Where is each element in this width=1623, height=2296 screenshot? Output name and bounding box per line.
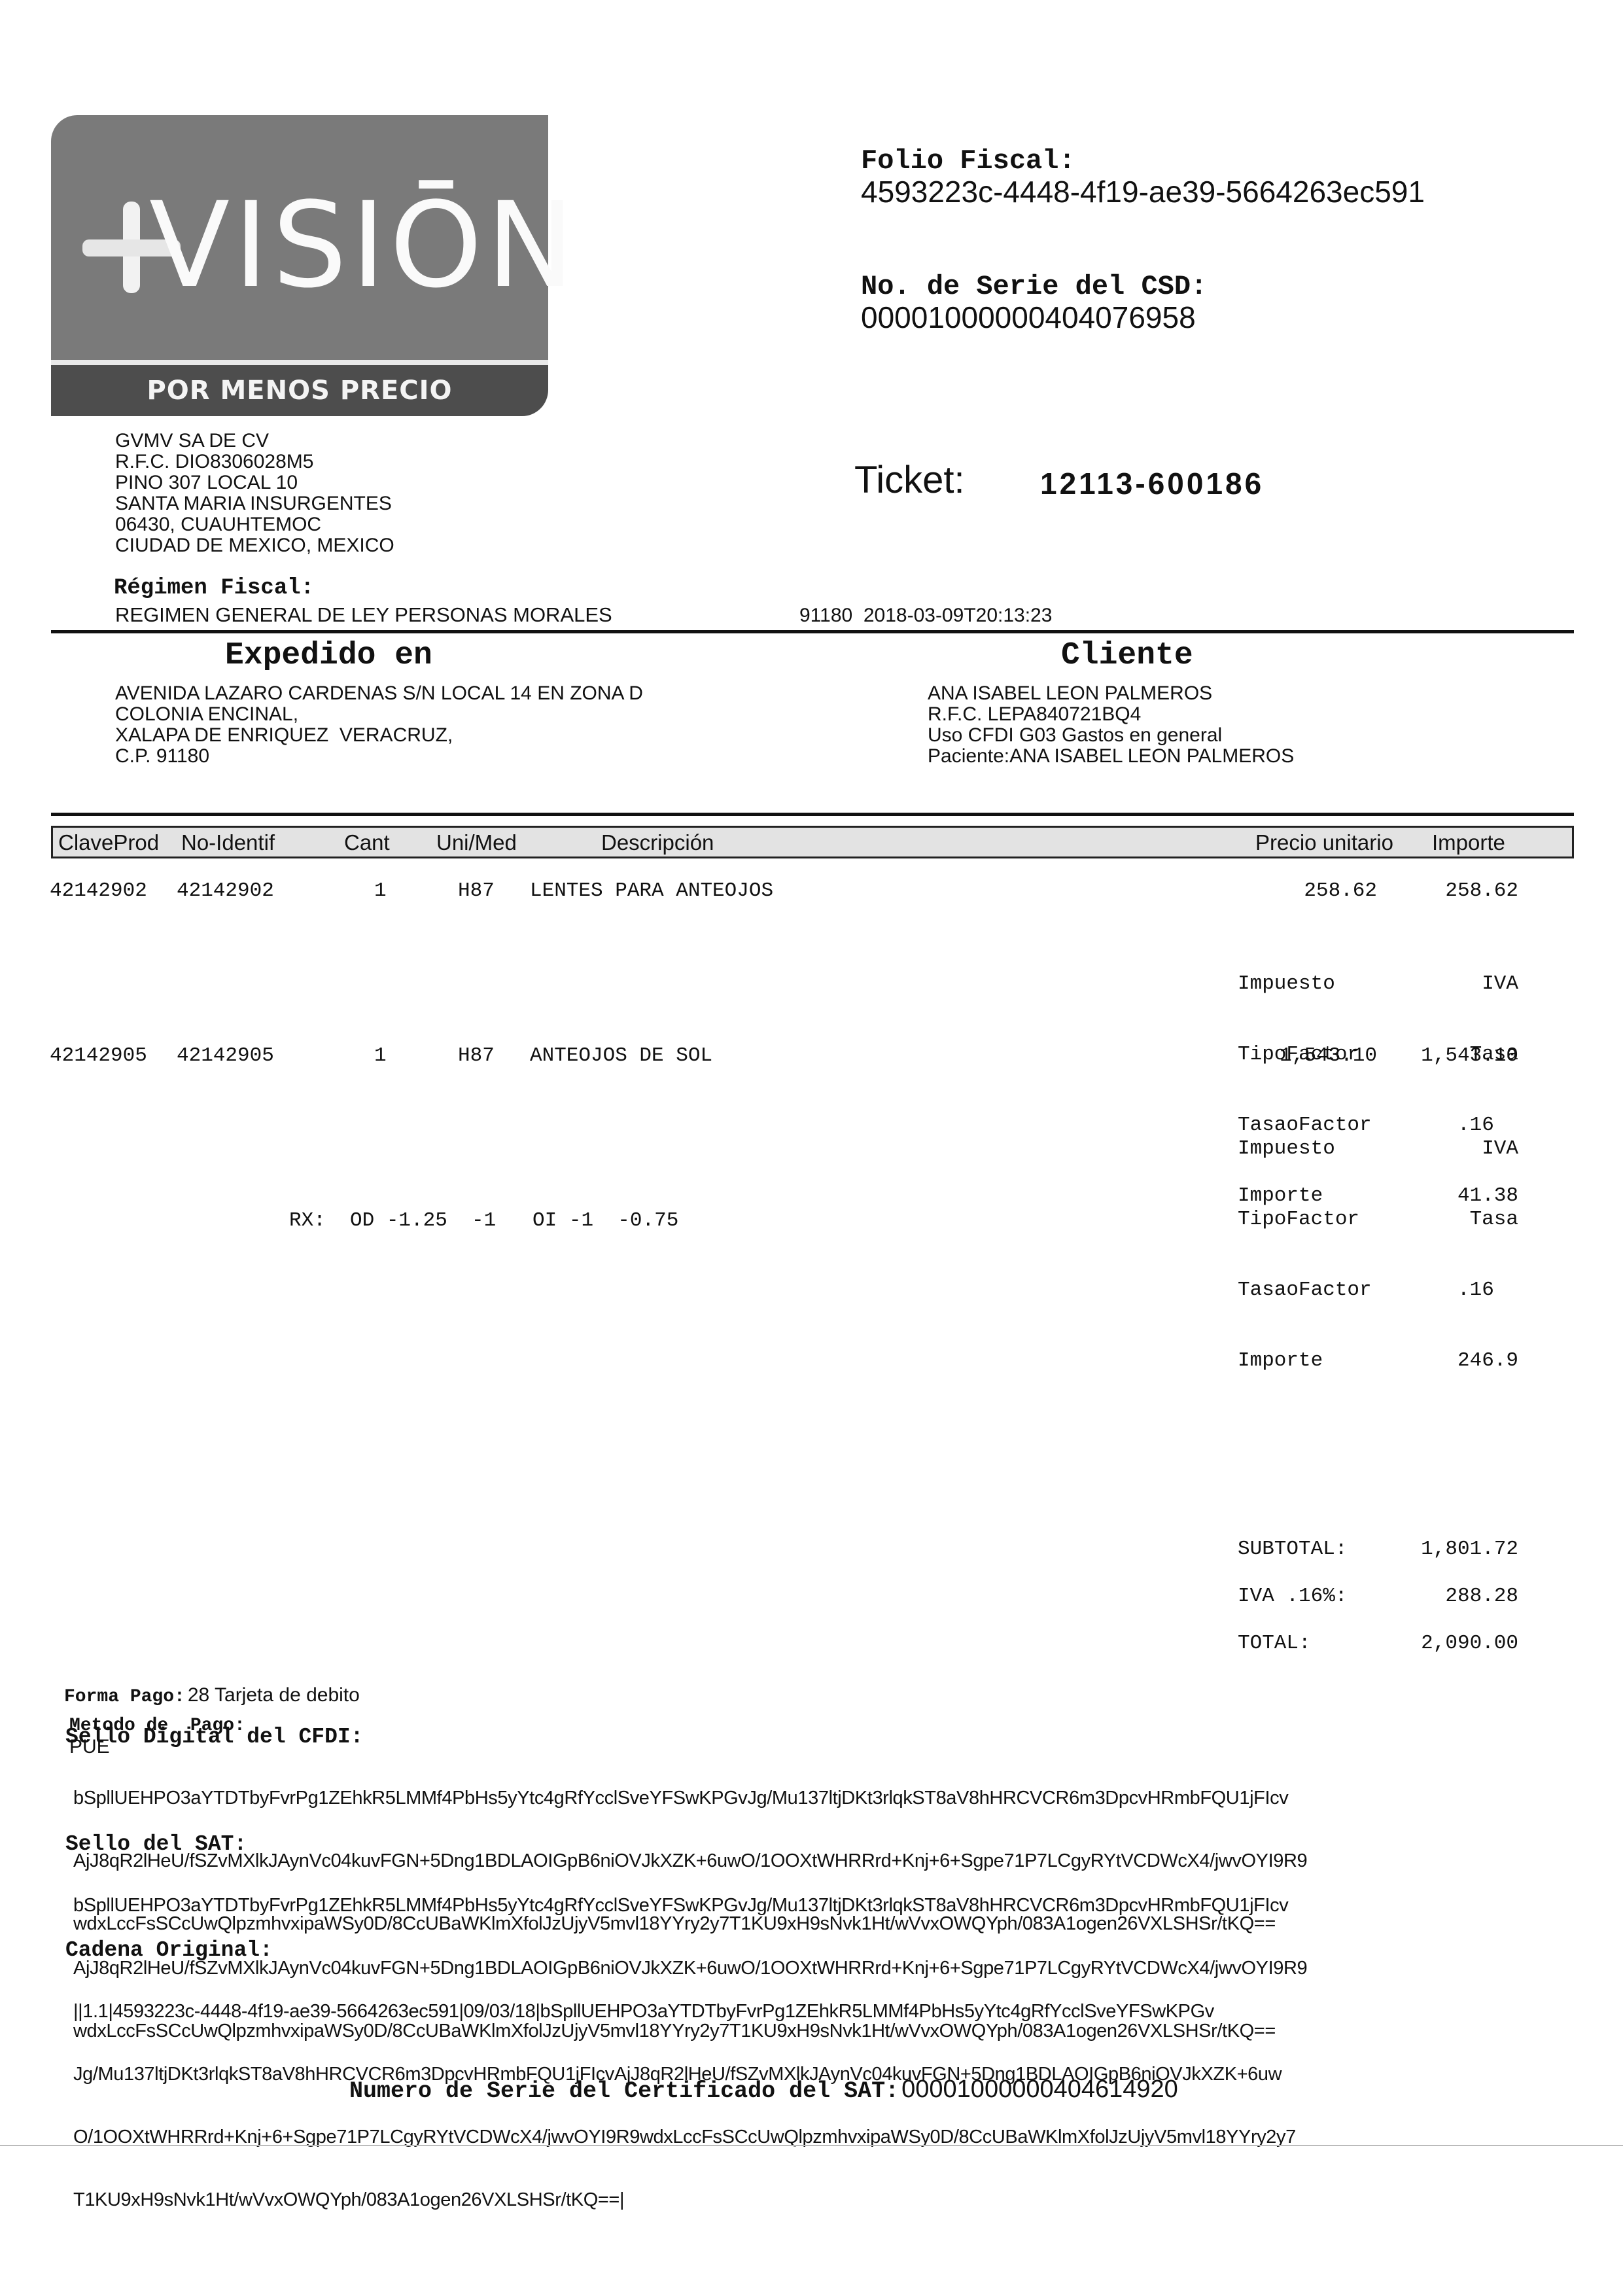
items-table-header: ClaveProd No-Identif Cant Uni/Med Descri… bbox=[51, 826, 1574, 858]
col-precio-unitario: Precio unitario bbox=[1255, 830, 1393, 855]
iva-label: IVA .16%: bbox=[1238, 1585, 1347, 1608]
divider bbox=[51, 813, 1574, 816]
tax-label-tipofactor: TipoFactor bbox=[1238, 1208, 1372, 1231]
row-precio: 1,543.10 bbox=[1280, 1044, 1377, 1067]
issuer-name: GVMV SA DE CV bbox=[115, 431, 394, 451]
sat-certificate-value: 00001000000404614920 bbox=[901, 2075, 1178, 2103]
sello-cfdi-line: bSpllUEHPO3aYTDTbyFvrPg1ZEhkR5LMMf4PbHs5… bbox=[73, 1788, 1307, 1809]
folio-fiscal-label: Folio Fiscal: bbox=[861, 145, 1075, 177]
tax-values: IVA Tasa .16 246.9 bbox=[1457, 1090, 1518, 1420]
row-unidad: H87 bbox=[458, 879, 495, 902]
client-rfc: R.F.C. LEPA840721BQ4 bbox=[928, 704, 1294, 725]
row-ident: 42142905 bbox=[177, 1044, 274, 1067]
col-claveprod: ClaveProd bbox=[58, 830, 159, 855]
logo-slogan-band: POR MENOS PRECIO bbox=[51, 365, 548, 416]
row-cant: 1 bbox=[374, 1044, 387, 1067]
tax-labels: Impuesto TipoFactor TasaoFactor Importe bbox=[1238, 1090, 1372, 1420]
col-descripcion: Descripción bbox=[601, 830, 714, 855]
expedido-line: C.P. 91180 bbox=[115, 746, 643, 767]
sat-certificate-label: Numero de Serie del Certificado del SAT: bbox=[349, 2078, 899, 2104]
tax-label-impuesto: Impuesto bbox=[1238, 972, 1372, 996]
regimen-fiscal-value: REGIMEN GENERAL DE LEY PERSONAS MORALES bbox=[115, 603, 612, 627]
csd-serial-value: 00001000000404076958 bbox=[861, 300, 1196, 335]
ticket-label: Ticket: bbox=[854, 458, 965, 502]
company-logo: VISIŌN POR MENOS PRECIO bbox=[51, 115, 548, 416]
divider bbox=[51, 630, 1574, 633]
issuer-colonia: SANTA MARIA INSURGENTES bbox=[115, 493, 394, 514]
logo-slogan: POR MENOS PRECIO bbox=[147, 376, 452, 406]
row-descripcion: LENTES PARA ANTEOJOS bbox=[530, 879, 773, 902]
tax-importe: 246.9 bbox=[1457, 1349, 1518, 1373]
expedido-line: AVENIDA LAZARO CARDENAS S/N LOCAL 14 EN … bbox=[115, 683, 643, 704]
tax-label-tasa: TasaoFactor bbox=[1238, 1279, 1372, 1302]
row-precio: 258.62 bbox=[1304, 879, 1377, 902]
expedido-line: COLONIA ENCINAL, bbox=[115, 704, 643, 725]
row-ident: 42142902 bbox=[177, 879, 274, 902]
folio-fiscal-value: 4593223c-4448-4f19-ae39-5664263ec591 bbox=[861, 174, 1425, 209]
expedido-title: Expedido en bbox=[225, 638, 432, 673]
tax-tasa: .16 bbox=[1457, 1279, 1518, 1302]
sello-sat-line: bSpllUEHPO3aYTDTbyFvrPg1ZEhkR5LMMf4PbHs5… bbox=[73, 1895, 1307, 1916]
expedido-line: XALAPA DE ENRIQUEZ VERACRUZ, bbox=[115, 725, 643, 746]
tax-tipofactor: Tasa bbox=[1457, 1208, 1518, 1231]
issue-place-and-date: 91180 2018-03-09T20:13:23 bbox=[799, 605, 1052, 627]
csd-serial-label: No. de Serie del CSD: bbox=[861, 271, 1207, 302]
row-descripcion: ANTEOJOS DE SOL bbox=[530, 1044, 712, 1067]
issuer-street: PINO 307 LOCAL 10 bbox=[115, 472, 394, 493]
expedido-address: AVENIDA LAZARO CARDENAS S/N LOCAL 14 EN … bbox=[115, 683, 643, 767]
total-label: TOTAL: bbox=[1238, 1632, 1311, 1655]
iva-value: 288.28 bbox=[1445, 1585, 1518, 1608]
col-no-identif: No-Identif bbox=[181, 830, 275, 855]
issuer-city: CIUDAD DE MEXICO, MEXICO bbox=[115, 535, 394, 556]
client-patient: Paciente:ANA ISABEL LEON PALMEROS bbox=[928, 746, 1294, 767]
cliente-info: ANA ISABEL LEON PALMEROS R.F.C. LEPA8407… bbox=[928, 683, 1294, 767]
issuer-zip-municipality: 06430, CUAUHTEMOC bbox=[115, 514, 394, 535]
client-uso-cfdi: Uso CFDI G03 Gastos en general bbox=[928, 725, 1294, 746]
tax-impuesto: IVA bbox=[1457, 972, 1518, 996]
prescription-rx: RX: OD -1.25 -1 OI -1 -0.75 bbox=[289, 1209, 678, 1232]
issuer-block: GVMV SA DE CV R.F.C. DIO8306028M5 PINO 3… bbox=[115, 431, 394, 556]
tax-label-impuesto: Impuesto bbox=[1238, 1137, 1372, 1161]
col-cant: Cant bbox=[344, 830, 390, 855]
page-edge-line bbox=[0, 2145, 1623, 2146]
row-importe: 258.62 bbox=[1445, 879, 1518, 902]
tax-label-importe: Importe bbox=[1238, 1349, 1372, 1373]
row-unidad: H87 bbox=[458, 1044, 495, 1067]
row-cant: 1 bbox=[374, 879, 387, 902]
forma-pago-value: 28 Tarjeta de debito bbox=[188, 1684, 360, 1706]
sat-certificate: Numero de Serie del Certificado del SAT:… bbox=[349, 2075, 1178, 2104]
logo-main-panel: VISIŌN bbox=[51, 115, 548, 360]
subtotal-label: SUBTOTAL: bbox=[1238, 1538, 1347, 1561]
regimen-fiscal-label: Régimen Fiscal: bbox=[114, 576, 314, 601]
cadena-line: T1KU9xH9sNvk1Ht/wVvxOWQYph/083A1ogen26VX… bbox=[73, 2189, 1296, 2210]
col-importe: Importe bbox=[1432, 830, 1505, 855]
issuer-rfc: R.F.C. DIO8306028M5 bbox=[115, 451, 394, 472]
logo-brand-text: VISIŌN bbox=[149, 187, 578, 305]
client-name: ANA ISABEL LEON PALMEROS bbox=[928, 683, 1294, 704]
row-clave: 42142905 bbox=[50, 1044, 147, 1067]
cadena-line: ||1.1|4593223c-4448-4f19-ae39-5664263ec5… bbox=[73, 2001, 1296, 2022]
cliente-title: Cliente bbox=[1061, 638, 1193, 673]
tax-impuesto: IVA bbox=[1457, 1137, 1518, 1161]
ticket-number: 12113-600186 bbox=[1040, 466, 1264, 501]
row-clave: 42142902 bbox=[50, 879, 147, 902]
logo-separator bbox=[51, 360, 548, 365]
row-importe: 1,543.10 bbox=[1421, 1044, 1518, 1067]
col-unimed: Uni/Med bbox=[436, 830, 517, 855]
total-value: 2,090.00 bbox=[1421, 1632, 1518, 1655]
subtotal-value: 1,801.72 bbox=[1421, 1538, 1518, 1561]
